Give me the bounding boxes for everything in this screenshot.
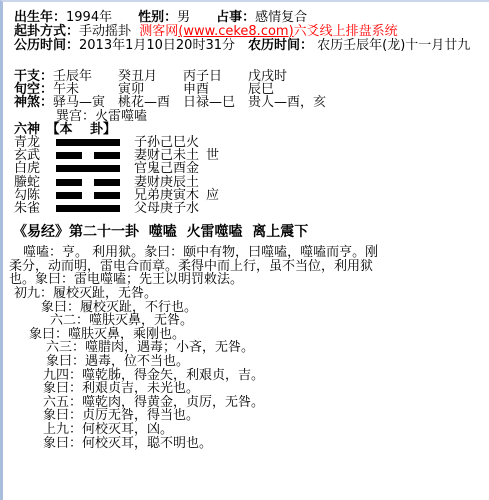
- topic-value: 感情复合: [255, 10, 307, 25]
- yijing-title: 《易经》第二十一卦 噬嗑 火雷噬嗑 离上震下: [13, 225, 489, 240]
- liuyao-paipan-page: 出生年：1994年 性别：男 占事：感情复合 起卦方式：手动摇卦 测客网(www…: [0, 0, 489, 500]
- six-god-label: 白虎: [14, 162, 56, 175]
- topic-label: 占事：: [216, 10, 255, 25]
- yao-line: 初九：履校灭趾，无咎。: [9, 287, 489, 301]
- yin-line-icon: [56, 179, 120, 186]
- yang-line-icon: [56, 205, 120, 212]
- yao-line: 六三：噬腊肉，遇毒；小吝，无咎。: [9, 341, 489, 355]
- yijing-judgment-paragraph: 噬嗑：亨。 利用狱。彖曰：颐中有物，曰噬嗑，噬嗑而亨。刚柔分，动而明，雷电合而章…: [9, 246, 387, 287]
- info-line-method: 起卦方式：手动摇卦 测客网(www.ceke8.com)六爻线上排盘系统: [14, 25, 489, 39]
- hexagram-row: 螣蛇妻财庚辰土: [14, 176, 489, 189]
- yang-line-icon: [56, 165, 120, 172]
- six-god-label: 螣蛇: [14, 176, 56, 189]
- six-god-label: 朱雀: [14, 202, 56, 215]
- shi-ying-marker: 世: [206, 149, 219, 162]
- yin-line-icon: [56, 192, 120, 199]
- watermark-url-link[interactable]: (www.ceke8.com): [178, 24, 293, 39]
- najia-text: 妻财庚辰土: [134, 176, 206, 189]
- yao-line: 象曰：利艰贞吉，未光也。: [9, 382, 489, 396]
- yao-line: 六二：噬肤灭鼻，无咎。: [9, 314, 489, 328]
- yao-line: 象曰：贞厉无咎，得当也。: [9, 409, 489, 423]
- bazi-block: 干支：壬辰年 癸丑月 丙子日 戊戌时 旬空：午未 寅卯 申酉 辰巳 神煞：驿马—…: [9, 70, 489, 123]
- hexagram-rows: 青龙子孙己巳火玄武妻财己未土世白虎官鬼己酉金螣蛇妻财庚辰土勾陈兄弟庚寅木应朱雀父…: [9, 136, 489, 215]
- solar-time-value: 2013年1月10日20时31分: [79, 38, 248, 53]
- najia-text: 父母庚子水: [134, 202, 206, 215]
- watermark-site-name: 测客网: [139, 24, 178, 39]
- gender-label: 性别：: [138, 10, 177, 25]
- hexagram-header: 六神 【本 卦】: [14, 123, 489, 136]
- shi-ying-marker: 应: [206, 189, 219, 202]
- hexagram-row: 勾陈兄弟庚寅木应: [14, 189, 489, 202]
- yin-line-icon: [56, 152, 120, 159]
- yijing-block: 《易经》第二十一卦 噬嗑 火雷噬嗑 离上震下 噬嗑：亨。 利用狱。彖曰：颐中有物…: [9, 225, 489, 450]
- method-label: 起卦方式：: [14, 24, 79, 39]
- yao-lines: 初九：履校灭趾，无咎。象曰：履校灭趾，不行也。六二：噬肤灭鼻，无咎。象曰：噬肤灭…: [9, 287, 489, 450]
- info-block: 出生年：1994年 性别：男 占事：感情复合 起卦方式：手动摇卦 测客网(www…: [9, 11, 489, 53]
- yao-line: 象曰：何校灭耳，聪不明也。: [9, 437, 489, 451]
- yao-line: 上九：何校灭耳，凶。: [9, 423, 489, 437]
- hexagram-row: 玄武妻财己未土世: [14, 149, 489, 162]
- method-value: 手动摇卦: [79, 24, 139, 39]
- hexagram-row: 白虎官鬼己酉金: [14, 162, 489, 175]
- shensha-label: 神煞：: [14, 95, 53, 110]
- hexagram-row: 朱雀父母庚子水: [14, 202, 489, 215]
- gong-line: 巽宫：火雷噬嗑: [14, 110, 489, 123]
- hexagram-row: 青龙子孙己巳火: [14, 136, 489, 149]
- lunar-time-label: 农历时间：: [248, 38, 313, 53]
- info-line-time: 公历时间：2013年1月10日20时31分 农历时间： 农历壬辰年(龙)十一月廿…: [14, 39, 489, 53]
- solar-time-label: 公历时间：: [14, 38, 79, 53]
- yao-line: 象曰：遇毒，位不当也。: [9, 355, 489, 369]
- lunar-time-value: 农历壬辰年(龙)十一月廿九: [313, 38, 470, 53]
- najia-text: 官鬼己酉金: [134, 162, 206, 175]
- watermark-suffix: 六爻线上排盘系统: [294, 24, 398, 39]
- gender-value: 男: [177, 10, 216, 25]
- hexagram-block: 六神 【本 卦】 青龙子孙己巳火玄武妻财己未土世白虎官鬼己酉金螣蛇妻财庚辰土勾陈…: [9, 123, 489, 215]
- info-line-birth: 出生年：1994年 性别：男 占事：感情复合: [14, 11, 489, 25]
- yang-line-icon: [56, 139, 120, 146]
- page-content: 出生年：1994年 性别：男 占事：感情复合 起卦方式：手动摇卦 测客网(www…: [3, 2, 489, 450]
- birth-year-label: 出生年：: [14, 10, 66, 25]
- birth-year-value: 1994年: [66, 10, 138, 25]
